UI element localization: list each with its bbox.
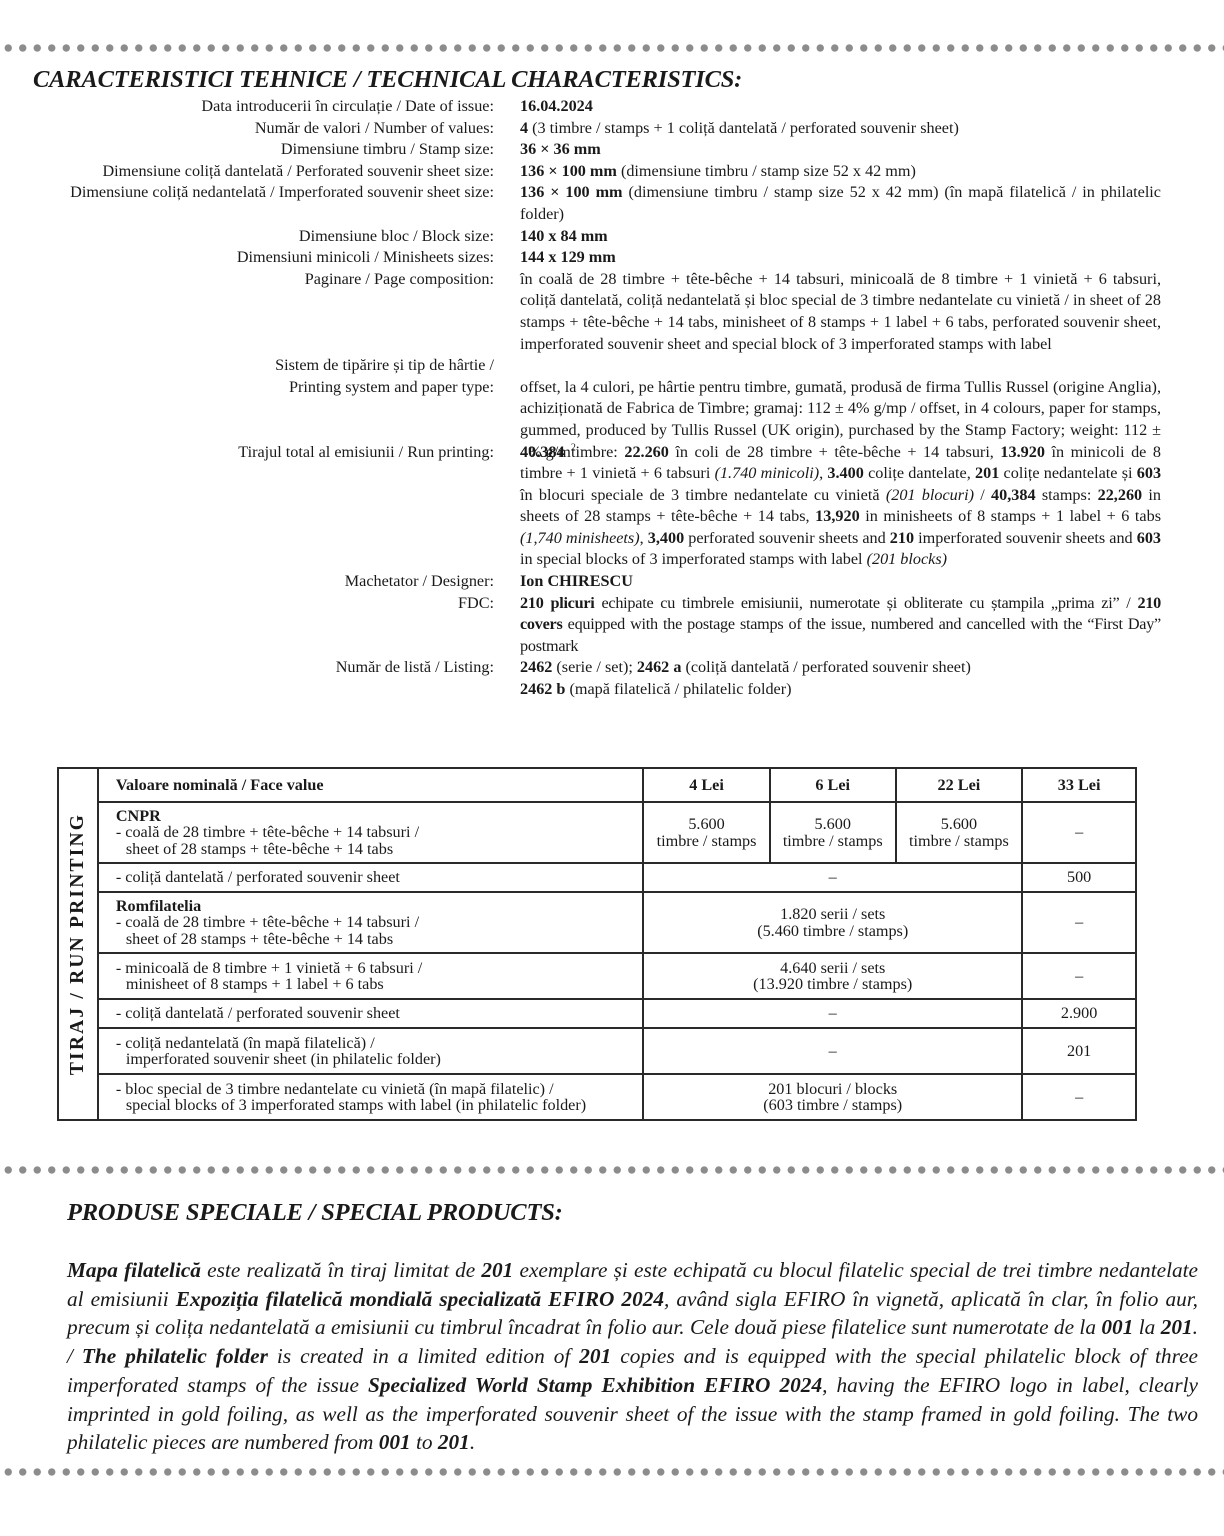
dotted-divider-top (0, 44, 1224, 52)
table-row: - coliță dantelată / perforated souvenir… (58, 863, 1136, 892)
technical-specs: Data introducerii în circulație / Date o… (0, 96, 1224, 701)
table-header-row: TIRAJ / RUN PRINTING Valoare nominală / … (58, 768, 1136, 802)
spec-value: 140 x 84 mm (520, 226, 1161, 248)
table-row: Romfilatelia - coală de 28 timbre + tête… (58, 892, 1136, 953)
cell: – (1022, 1074, 1136, 1120)
spec-value: 4 (3 timbre / stamps + 1 coliță dantelat… (520, 118, 1161, 140)
spec-row-designer: Machetator / Designer: Ion CHIRESCU (0, 571, 1224, 593)
table-row: - minicoală de 8 timbre + 1 vinietă + 6 … (58, 953, 1136, 999)
cell: 2.900 (1022, 999, 1136, 1028)
spec-value: 2462 (serie / set); 2462 a (coliță dante… (520, 657, 1161, 700)
spec-label: Dimensiune bloc / Block size: (0, 226, 494, 248)
row-desc: - coliță dantelată / perforated souvenir… (98, 999, 643, 1028)
special-products-title: PRODUSE SPECIALE / SPECIAL PRODUCTS: (67, 1199, 563, 1227)
spec-row-values: Număr de valori / Number of values: 4 (3… (0, 118, 1224, 140)
cell: 500 (1022, 863, 1136, 892)
header-22-lei: 22 Lei (896, 768, 1023, 802)
side-label: TIRAJ / RUN PRINTING (58, 768, 98, 1120)
spec-value: 136 × 100 mm (dimensiune timbru / stamp … (520, 182, 1161, 225)
cell: – (643, 999, 1022, 1028)
cell: – (1022, 802, 1136, 863)
table-row: - coliță nedantelată (în mapă filatelică… (58, 1028, 1136, 1074)
row-desc: Romfilatelia - coală de 28 timbre + tête… (98, 892, 643, 953)
cell: – (643, 863, 1022, 892)
spec-row-date: Data introducerii în circulație / Date o… (0, 96, 1224, 118)
row-desc: - bloc special de 3 timbre nedantelate c… (98, 1074, 643, 1120)
cell: – (1022, 953, 1136, 999)
header-33-lei: 33 Lei (1022, 768, 1136, 802)
spec-label: Dimensiune coliță nedantelată / Imperfor… (0, 182, 494, 225)
cell: 1.820 serii / sets(5.460 timbre / stamps… (643, 892, 1022, 953)
spec-row-block-size: Dimensiune bloc / Block size: 140 x 84 m… (0, 226, 1224, 248)
spec-value: în coală de 28 timbre + tête-bêche + 14 … (520, 269, 1161, 355)
spec-row-perf-sheet-size: Dimensiune coliță dantelată / Perforated… (0, 161, 1224, 183)
spec-row-listing: Număr de listă / Listing: 2462 (serie / … (0, 657, 1224, 700)
spec-row-fdc: FDC: 210 plicuri echipate cu timbrele em… (0, 593, 1224, 658)
spec-row-minisheet-size: Dimensiuni minicoli / Minisheets sizes: … (0, 247, 1224, 269)
spec-label: Dimensiune timbru / Stamp size: (0, 139, 494, 161)
spec-value: 16.04.2024 (520, 96, 1161, 118)
spec-row-stamp-size: Dimensiune timbru / Stamp size: 36 × 36 … (0, 139, 1224, 161)
technical-characteristics-title: CARACTERISTICI TEHNICE / TECHNICAL CHARA… (33, 66, 742, 94)
special-products-paragraph: Mapa filatelică este realizată în tiraj … (67, 1256, 1198, 1457)
spec-value: Ion CHIRESCU (520, 571, 1161, 593)
dotted-divider-bottom (0, 1468, 1224, 1476)
spec-row-imperf-sheet-size: Dimensiune coliță nedantelată / Imperfor… (0, 182, 1224, 225)
row-desc: - minicoală de 8 timbre + 1 vinietă + 6 … (98, 953, 643, 999)
cell: 5.600timbre / stamps (770, 802, 896, 863)
spec-label: Dimensiuni minicoli / Minisheets sizes: (0, 247, 494, 269)
cell: – (1022, 892, 1136, 953)
spec-label: Tirajul total al emisiunii / Run printin… (0, 442, 494, 572)
spec-label: FDC: (0, 593, 494, 658)
spec-label: Dimensiune coliță dantelată / Perforated… (0, 161, 494, 183)
cell: 5.600timbre / stamps (643, 802, 770, 863)
spec-value: 36 × 36 mm (520, 139, 1161, 161)
header-6-lei: 6 Lei (770, 768, 896, 802)
spec-label: Număr de listă / Listing: (0, 657, 494, 700)
cell: 4.640 serii / sets(13.920 timbre / stamp… (643, 953, 1022, 999)
face-value-header: Valoare nominală / Face value (98, 768, 643, 802)
spec-value: 136 × 100 mm (dimensiune timbru / stamp … (520, 161, 1161, 183)
table-row: CNPR - coală de 28 timbre + tête-bêche +… (58, 802, 1136, 863)
spec-label: Paginare / Page composition: (0, 269, 494, 355)
header-4-lei: 4 Lei (643, 768, 770, 802)
run-printing-table: TIRAJ / RUN PRINTING Valoare nominală / … (57, 767, 1137, 1121)
spec-label: Machetator / Designer: (0, 571, 494, 593)
spec-row-run-printing: Tirajul total al emisiunii / Run printin… (0, 442, 1224, 572)
cell: – (643, 1028, 1022, 1074)
spec-row-page-composition: Paginare / Page composition: în coală de… (0, 269, 1224, 355)
cell: 5.600timbre / stamps (896, 802, 1023, 863)
row-desc: - coliță dantelată / perforated souvenir… (98, 863, 643, 892)
row-desc: CNPR - coală de 28 timbre + tête-bêche +… (98, 802, 643, 863)
cell: 201 (1022, 1028, 1136, 1074)
spec-value: 210 plicuri echipate cu timbrele emisiun… (520, 593, 1161, 658)
row-desc: - coliță nedantelată (în mapă filatelică… (98, 1028, 643, 1074)
cell: 201 blocuri / blocks(603 timbre / stamps… (643, 1074, 1022, 1120)
table-row: - coliță dantelată / perforated souvenir… (58, 999, 1136, 1028)
spec-value: 144 x 129 mm (520, 247, 1161, 269)
spec-label: Data introducerii în circulație / Date o… (0, 96, 494, 118)
spec-label: Număr de valori / Number of values: (0, 118, 494, 140)
table-row: - bloc special de 3 timbre nedantelate c… (58, 1074, 1136, 1120)
dotted-divider-middle (0, 1166, 1224, 1174)
spec-value: 40.384 timbre: 22.260 în coli de 28 timb… (520, 442, 1161, 572)
